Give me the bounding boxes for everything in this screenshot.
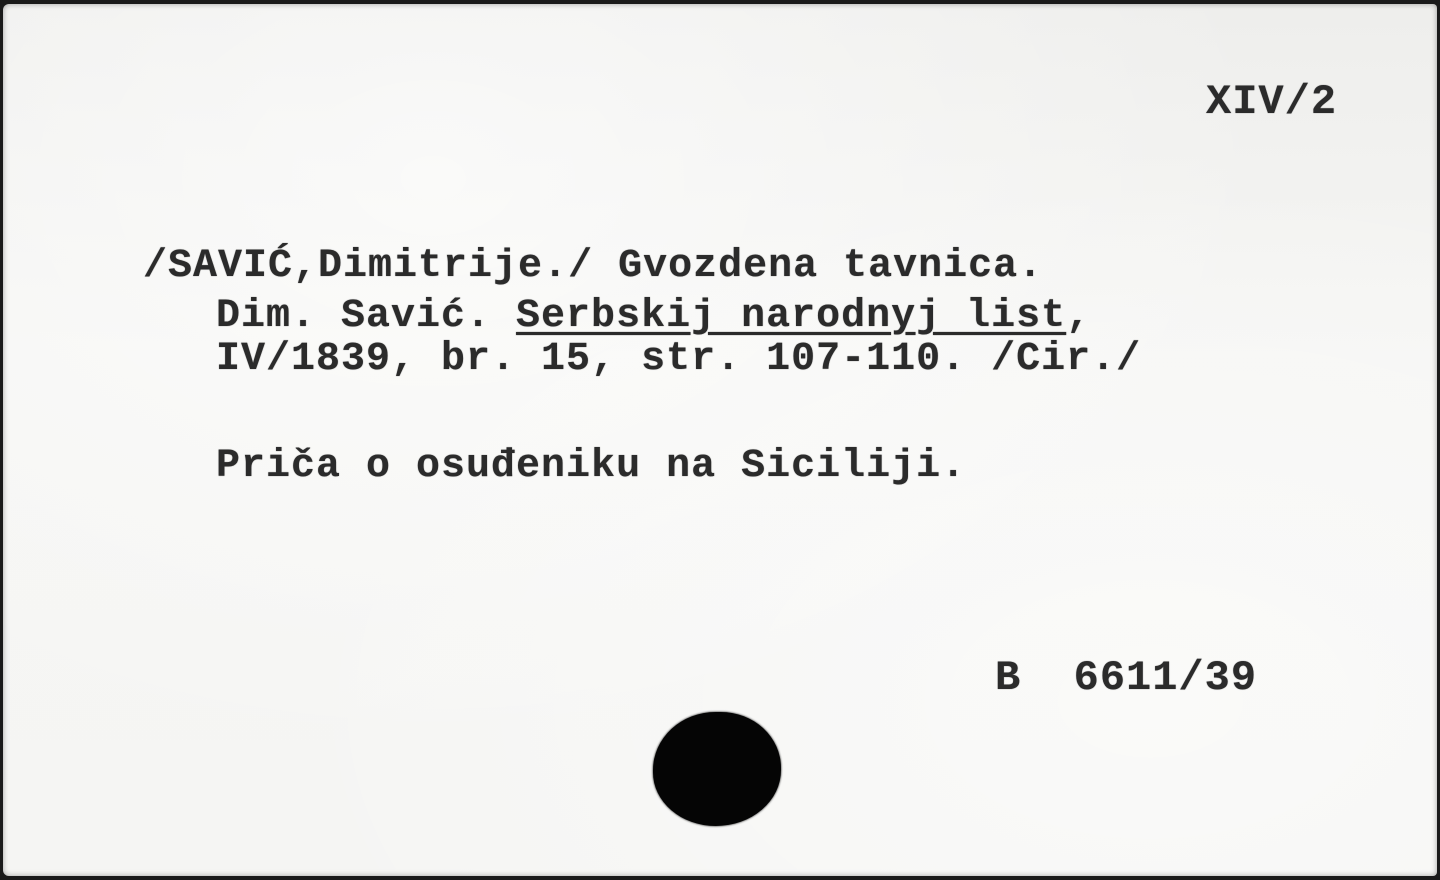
entry-journal-title: Serbskij narodnyj list — [516, 294, 1066, 339]
catalog-number: XIV/2 — [1206, 78, 1337, 126]
shelfmark: B 6611/39 — [995, 654, 1257, 702]
entry-author-short: Dim. Savić. — [216, 294, 516, 339]
entry-heading: /SAVIĆ,Dimitrije./ Gvozdena tavnica. — [143, 244, 1043, 289]
catalog-card: XIV/2 /SAVIĆ,Dimitrije./ Gvozdena tavnic… — [3, 4, 1437, 876]
punch-hole — [653, 712, 781, 826]
entry-note: Priča o osuđeniku na Siciliji. — [216, 444, 966, 489]
entry-source: Dim. Savić. Serbskij narodnyj list, — [216, 294, 1091, 339]
entry-source-punct: , — [1066, 294, 1091, 339]
entry-citation: IV/1839, br. 15, str. 107-110. /Cir./ — [216, 337, 1141, 382]
